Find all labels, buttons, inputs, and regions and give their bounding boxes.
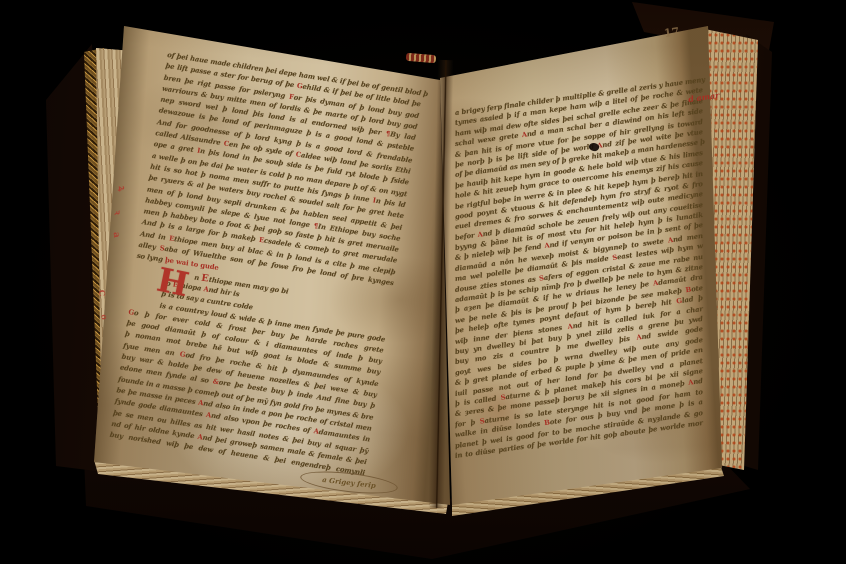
manuscript-photograph: of þei haue made children þei depe ham w… [0, 0, 846, 564]
rubric-segment: S [539, 274, 545, 283]
rubric-segment: G [296, 82, 303, 91]
rubric-segment: S [479, 417, 485, 426]
rubric-segment: S [500, 393, 506, 402]
rubric-segment: & [212, 378, 219, 387]
rubric-segment: C [223, 140, 229, 149]
rubric-segment: A [688, 379, 694, 388]
rubric-segment: ¶ [385, 130, 390, 139]
rubric-segment: G [128, 308, 135, 317]
red-margin-glyph: a [111, 232, 122, 239]
rubric-segment: A [203, 285, 209, 294]
spine-endband [406, 53, 437, 64]
rubric-segment: G [676, 297, 683, 306]
rubric-segment: A [544, 242, 550, 251]
rubric-segment: G [179, 350, 186, 359]
folio-number: 17 [663, 25, 680, 40]
rubricated-initial: H [154, 263, 188, 301]
rubric-segment: I [196, 147, 200, 155]
catchword-text: a Grigey ferip [322, 475, 377, 490]
red-margin-glyph: C [97, 289, 108, 296]
rubric-segment: A [653, 279, 659, 288]
rubric-segment: I [372, 196, 376, 204]
rubric-segment: A [477, 230, 483, 239]
rubric-segment: S [159, 244, 165, 253]
rubric-segment: A [205, 411, 211, 420]
rubric-segment: C [295, 150, 301, 159]
rubric-segment: A [567, 322, 573, 331]
rubric-segment: E [201, 272, 210, 284]
rubric-segment: A [636, 334, 642, 343]
rubric-segment: A [313, 427, 319, 436]
rubric-segment: B [544, 418, 551, 427]
red-margin-glyph: o [99, 314, 110, 320]
rubric-segment: S [612, 254, 618, 263]
right-page-text: a brigey ferp finale childer þ multiplie… [455, 108, 705, 461]
rubric-segment: ¶ [313, 222, 318, 231]
rubric-segment: A [198, 398, 204, 407]
rubric-segment: B [685, 285, 692, 294]
rubric-segment: E [169, 234, 175, 243]
rubric-segment: A [197, 433, 203, 442]
rubric-segment: E [258, 236, 264, 245]
rubric-segment: A [667, 236, 673, 245]
rubric-segment: F [289, 92, 295, 101]
rubric-segment: A [521, 131, 527, 140]
